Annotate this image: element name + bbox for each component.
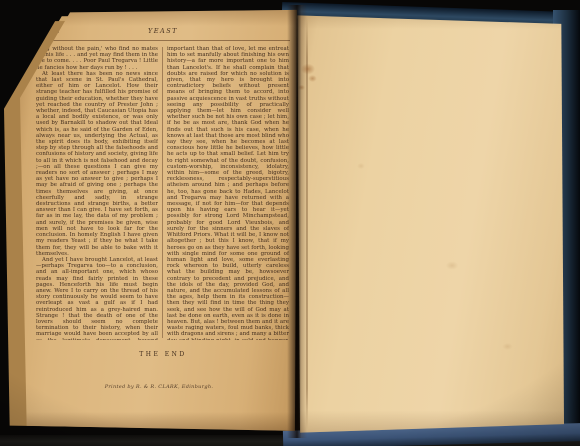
- paragraph: At least there has been no news since th…: [36, 71, 158, 257]
- text-column-left: pang without the pain,' who find no mate…: [36, 46, 158, 340]
- running-head: YEAST: [36, 27, 290, 35]
- foxing-stain: [444, 260, 460, 271]
- text-column-right: important than that of love, let me entr…: [167, 46, 289, 340]
- foxing-stain: [307, 74, 318, 83]
- paragraph: pang without the pain,' who find no mate…: [36, 46, 158, 71]
- foxing-stain: [356, 162, 366, 170]
- gutter-shadow: [287, 5, 307, 438]
- paragraph: important than that of love, let me entr…: [167, 46, 289, 340]
- two-column-text: pang without the pain,' who find no mate…: [36, 46, 290, 340]
- left-page: 94 YEAST pang without the pain,' who fin…: [20, 9, 298, 433]
- printer-imprint: Printed by R. & R. CLARK, Edinburgh.: [20, 384, 298, 390]
- header-rule: [36, 40, 290, 41]
- page-header: 94 YEAST: [36, 25, 290, 38]
- right-page-blank: [296, 12, 564, 436]
- open-book-photo: 94 YEAST pang without the pain,' who fin…: [0, 0, 580, 446]
- paragraph: And yet I have brought Lancelot, at leas…: [36, 257, 158, 340]
- foxing-stain: [501, 342, 514, 351]
- text-block: 94 YEAST pang without the pain,' who fin…: [36, 25, 290, 358]
- the-end-label: THE END: [36, 351, 290, 358]
- column-divider-rule: [162, 47, 163, 338]
